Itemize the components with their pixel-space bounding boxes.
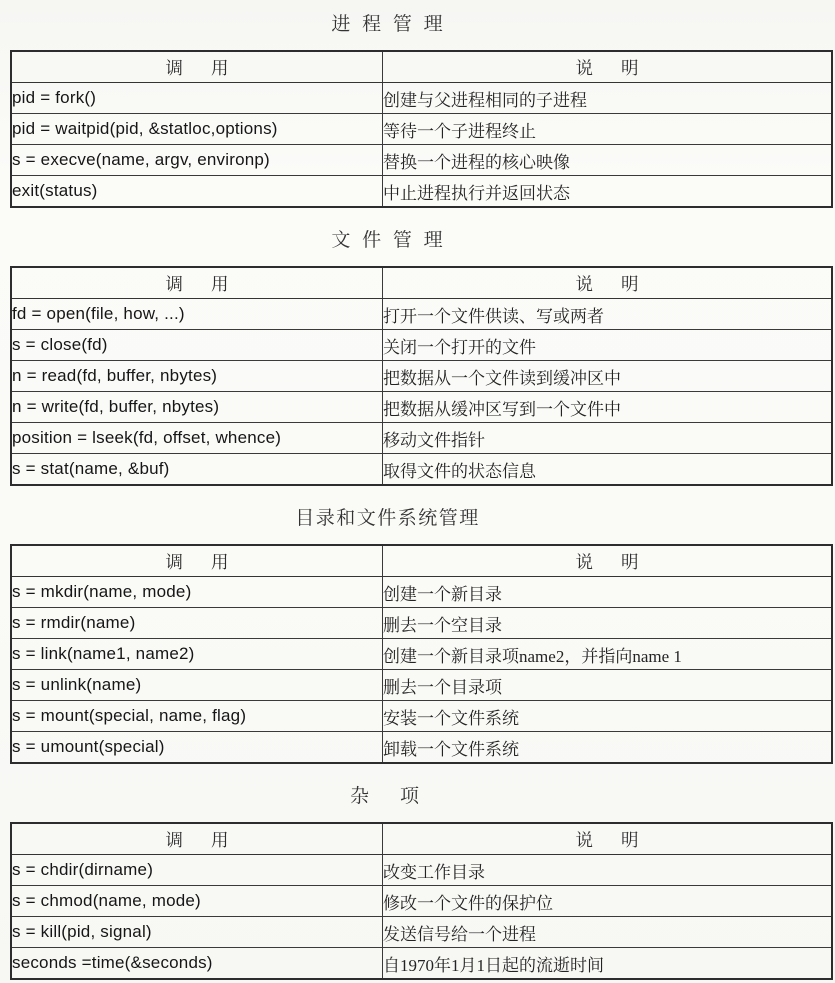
call-cell: s = rmdir(name) <box>11 608 383 639</box>
table-row: s = umount(special) 卸载一个文件系统 <box>11 732 832 764</box>
column-header-call: 调 用 <box>11 545 383 577</box>
section-title: 目录和文件系统管理 <box>0 506 805 532</box>
column-header-call: 调 用 <box>11 823 383 855</box>
description-cell: 创建一个新目录项name2，并指向name 1 <box>383 639 833 670</box>
call-cell: s = kill(pid, signal) <box>11 917 383 948</box>
table-row: s = unlink(name) 删去一个目录项 <box>11 670 832 701</box>
description-cell: 关闭一个打开的文件 <box>383 330 833 361</box>
call-cell: s = mount(special, name, flag) <box>11 701 383 732</box>
file-management-table: 调 用 说 明 fd = open(file, how, ...) 打开一个文件… <box>10 266 833 486</box>
table-row: pid = fork() 创建与父进程相同的子进程 <box>11 83 832 114</box>
call-cell: s = mkdir(name, mode) <box>11 577 383 608</box>
description-cell: 创建一个新目录 <box>383 577 833 608</box>
table-row: s = link(name1, name2) 创建一个新目录项name2，并指向… <box>11 639 832 670</box>
call-cell: exit(status) <box>11 176 383 208</box>
call-cell: n = read(fd, buffer, nbytes) <box>11 361 383 392</box>
section-miscellaneous: 杂 项 调 用 说 明 s = chdir(dirname) 改变工作目录 s … <box>0 784 835 980</box>
table-row: s = rmdir(name) 删去一个空目录 <box>11 608 832 639</box>
directory-fs-table: 调 用 说 明 s = mkdir(name, mode) 创建一个新目录 s … <box>10 544 833 764</box>
table-row: s = close(fd) 关闭一个打开的文件 <box>11 330 832 361</box>
description-cell: 修改一个文件的保护位 <box>383 886 833 917</box>
description-cell: 移动文件指针 <box>383 423 833 454</box>
table-row: n = write(fd, buffer, nbytes) 把数据从缓冲区写到一… <box>11 392 832 423</box>
call-cell: position = lseek(fd, offset, whence) <box>11 423 383 454</box>
description-cell: 创建与父进程相同的子进程 <box>383 83 833 114</box>
call-cell: pid = waitpid(pid, &statloc,options) <box>11 114 383 145</box>
description-cell: 打开一个文件供读、写或两者 <box>383 299 833 330</box>
header-row: 调 用 说 明 <box>11 51 832 83</box>
table-row: s = kill(pid, signal) 发送信号给一个进程 <box>11 917 832 948</box>
description-cell: 等待一个子进程终止 <box>383 114 833 145</box>
table-row: exit(status) 中止进程执行并返回状态 <box>11 176 832 208</box>
section-title: 进 程 管 理 <box>0 12 805 38</box>
table-row: seconds =time(&seconds) 自1970年1月1日起的流逝时间 <box>11 948 832 980</box>
column-header-description: 说 明 <box>383 823 833 855</box>
column-header-call: 调 用 <box>11 267 383 299</box>
table-row: s = stat(name, &buf) 取得文件的状态信息 <box>11 454 832 486</box>
description-cell: 发送信号给一个进程 <box>383 917 833 948</box>
call-cell: seconds =time(&seconds) <box>11 948 383 980</box>
call-cell: s = umount(special) <box>11 732 383 764</box>
call-cell: s = chdir(dirname) <box>11 855 383 886</box>
table-row: pid = waitpid(pid, &statloc,options) 等待一… <box>11 114 832 145</box>
call-cell: s = execve(name, argv, environp) <box>11 145 383 176</box>
description-cell: 把数据从缓冲区写到一个文件中 <box>383 392 833 423</box>
call-cell: pid = fork() <box>11 83 383 114</box>
table-row: s = execve(name, argv, environp) 替换一个进程的… <box>11 145 832 176</box>
call-cell: s = chmod(name, mode) <box>11 886 383 917</box>
section-title: 文 件 管 理 <box>0 228 805 254</box>
description-cell: 卸载一个文件系统 <box>383 732 833 764</box>
description-cell: 取得文件的状态信息 <box>383 454 833 486</box>
table-row: s = mount(special, name, flag) 安装一个文件系统 <box>11 701 832 732</box>
column-header-description: 说 明 <box>383 545 833 577</box>
section-directory-fs-management: 目录和文件系统管理 调 用 说 明 s = mkdir(name, mode) … <box>0 506 835 764</box>
section-title: 杂 项 <box>0 784 805 810</box>
call-cell: s = stat(name, &buf) <box>11 454 383 486</box>
description-cell: 删去一个目录项 <box>383 670 833 701</box>
table-row: s = chdir(dirname) 改变工作目录 <box>11 855 832 886</box>
description-cell: 中止进程执行并返回状态 <box>383 176 833 208</box>
description-cell: 替换一个进程的核心映像 <box>383 145 833 176</box>
header-row: 调 用 说 明 <box>11 545 832 577</box>
table-row: s = mkdir(name, mode) 创建一个新目录 <box>11 577 832 608</box>
call-cell: s = link(name1, name2) <box>11 639 383 670</box>
miscellaneous-table: 调 用 说 明 s = chdir(dirname) 改变工作目录 s = ch… <box>10 822 833 980</box>
column-header-call: 调 用 <box>11 51 383 83</box>
table-row: fd = open(file, how, ...) 打开一个文件供读、写或两者 <box>11 299 832 330</box>
call-cell: fd = open(file, how, ...) <box>11 299 383 330</box>
section-process-management: 进 程 管 理 调 用 说 明 pid = fork() 创建与父进程相同的子进… <box>0 12 835 208</box>
description-cell: 自1970年1月1日起的流逝时间 <box>383 948 833 980</box>
column-header-description: 说 明 <box>383 267 833 299</box>
call-cell: s = unlink(name) <box>11 670 383 701</box>
call-cell: n = write(fd, buffer, nbytes) <box>11 392 383 423</box>
table-row: n = read(fd, buffer, nbytes) 把数据从一个文件读到缓… <box>11 361 832 392</box>
description-cell: 改变工作目录 <box>383 855 833 886</box>
table-row: position = lseek(fd, offset, whence) 移动文… <box>11 423 832 454</box>
header-row: 调 用 说 明 <box>11 267 832 299</box>
description-cell: 把数据从一个文件读到缓冲区中 <box>383 361 833 392</box>
description-cell: 删去一个空目录 <box>383 608 833 639</box>
call-cell: s = close(fd) <box>11 330 383 361</box>
process-management-table: 调 用 说 明 pid = fork() 创建与父进程相同的子进程 pid = … <box>10 50 833 208</box>
table-row: s = chmod(name, mode) 修改一个文件的保护位 <box>11 886 832 917</box>
column-header-description: 说 明 <box>383 51 833 83</box>
header-row: 调 用 说 明 <box>11 823 832 855</box>
description-cell: 安装一个文件系统 <box>383 701 833 732</box>
section-file-management: 文 件 管 理 调 用 说 明 fd = open(file, how, ...… <box>0 228 835 486</box>
scanned-document-page: 进 程 管 理 调 用 说 明 pid = fork() 创建与父进程相同的子进… <box>0 0 835 980</box>
